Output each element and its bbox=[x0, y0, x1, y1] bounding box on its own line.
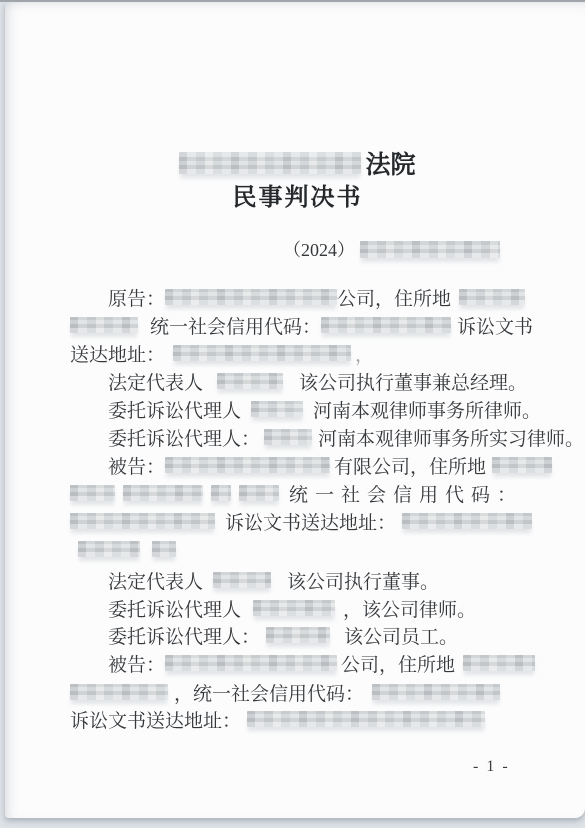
judgment-page: 法院 民事判决书 （2024） 原告：公司，住所地统一社会信用代码：诉讼文书送达… bbox=[5, 2, 585, 818]
text-run: 委托诉讼代理人 bbox=[108, 595, 241, 622]
redaction-block bbox=[247, 711, 485, 727]
redaction-block bbox=[372, 684, 500, 700]
body-line-11: 法定代表人该公司执行董事。 bbox=[70, 566, 439, 594]
spacer bbox=[203, 580, 213, 581]
spacer bbox=[165, 353, 173, 354]
redaction-block bbox=[211, 485, 231, 501]
spacer bbox=[271, 580, 287, 581]
text-run: ，统一社会信用代码： bbox=[174, 679, 364, 706]
text-run: 河南本观律师事务所律师。 bbox=[313, 396, 541, 423]
redacted-court-name bbox=[179, 152, 361, 174]
text-run: 被告： bbox=[108, 452, 165, 479]
redaction-block bbox=[152, 541, 176, 557]
redaction-block bbox=[217, 373, 283, 389]
text-run: 公司，住所地 bbox=[341, 650, 455, 677]
redaction-block bbox=[492, 457, 552, 473]
redaction-block bbox=[123, 485, 203, 501]
body-line-1: 原告：公司，住所地 bbox=[70, 283, 525, 311]
screenshot-root: { "document": { "type": "scanned civil j… bbox=[0, 0, 585, 828]
faint-text-run: ， bbox=[355, 340, 374, 367]
redacted-case-number bbox=[360, 241, 500, 258]
redaction-block bbox=[253, 600, 335, 616]
body-line-2: 统一社会信用代码：诉讼文书 bbox=[70, 311, 533, 339]
body-line-12: 委托诉讼代理人，该公司律师。 bbox=[70, 594, 476, 622]
redaction-block bbox=[266, 627, 330, 643]
body-line-14: 被告：公司，住所地 bbox=[70, 649, 535, 677]
text-run: 诉讼文书 bbox=[457, 312, 533, 339]
spacer bbox=[241, 409, 251, 410]
text-run: 法定代表人 bbox=[108, 368, 203, 395]
text-run: 公司，住所地 bbox=[337, 284, 451, 311]
redaction-block bbox=[264, 429, 312, 445]
redaction-block bbox=[70, 684, 168, 700]
redaction-block bbox=[459, 289, 525, 305]
photo-top-edge bbox=[0, 0, 585, 2]
spacer bbox=[303, 409, 313, 410]
text-run: 诉讼文书送达地址： bbox=[70, 706, 241, 733]
text-run: 统一社会信用代码： bbox=[289, 480, 523, 507]
redaction-block bbox=[321, 317, 451, 333]
page-number: - 1 - bbox=[473, 758, 510, 778]
spacer bbox=[283, 381, 299, 382]
text-run: 该公司执行董事。 bbox=[287, 567, 439, 594]
court-name-line: 法院 bbox=[5, 148, 585, 178]
text-run: 被告： bbox=[108, 650, 165, 677]
redaction-block bbox=[165, 655, 337, 671]
text-run: 原告： bbox=[108, 284, 165, 311]
body-line-3: 送达地址：， bbox=[70, 339, 374, 367]
spacer bbox=[215, 521, 225, 522]
spacer bbox=[455, 663, 463, 664]
redaction-block bbox=[165, 289, 337, 305]
text-run: 统一社会信用代码： bbox=[150, 312, 321, 339]
redaction-block bbox=[78, 541, 140, 557]
text-run: 有限公司，住所地 bbox=[334, 452, 486, 479]
text-run: 诉讼文书送达地址： bbox=[225, 508, 396, 535]
spacer bbox=[140, 549, 152, 550]
court-name-suffix: 法院 bbox=[365, 145, 415, 181]
body-line-15: ，统一社会信用代码： bbox=[70, 678, 500, 706]
body-line-13: 委托诉讼代理人：该公司员工。 bbox=[70, 621, 458, 649]
spacer bbox=[138, 325, 150, 326]
spacer bbox=[279, 493, 289, 494]
spacer bbox=[364, 692, 372, 693]
body-line-9: 诉讼文书送达地址： bbox=[70, 507, 532, 535]
text-run: 该公司执行董事兼总经理。 bbox=[299, 368, 527, 395]
body-line-16: 诉讼文书送达地址： bbox=[70, 705, 485, 733]
document-title: 民事判决书 bbox=[5, 179, 585, 209]
text-run: ，该公司律师。 bbox=[343, 595, 476, 622]
redaction-block bbox=[213, 572, 271, 588]
body-line-8: 统一社会信用代码： bbox=[70, 479, 523, 507]
case-year: （2024） bbox=[283, 236, 355, 262]
body-line-5: 委托诉讼代理人河南本观律师事务所律师。 bbox=[70, 395, 541, 423]
spacer bbox=[203, 381, 217, 382]
spacer bbox=[330, 635, 344, 636]
spacer bbox=[451, 297, 459, 298]
body-line-7: 被告：有限公司，住所地 bbox=[70, 451, 552, 479]
redaction-block bbox=[251, 401, 303, 417]
text-run: 河南本观律师事务所实习律师。 bbox=[318, 424, 584, 451]
body-line-10 bbox=[70, 535, 176, 563]
text-run: 委托诉讼代理人： bbox=[108, 424, 260, 451]
text-run: 该公司员工。 bbox=[344, 622, 458, 649]
text-run: 委托诉讼代理人： bbox=[108, 622, 260, 649]
spacer bbox=[241, 608, 253, 609]
redaction-block bbox=[165, 457, 330, 473]
spacer bbox=[335, 608, 343, 609]
redaction-block bbox=[402, 513, 532, 529]
case-number-line: （2024） bbox=[70, 236, 500, 262]
redaction-block bbox=[173, 345, 351, 361]
text-run: 法定代表人 bbox=[108, 567, 203, 594]
redaction-block bbox=[70, 513, 215, 529]
spacer bbox=[115, 493, 123, 494]
body-line-6: 委托诉讼代理人：河南本观律师事务所实习律师。 bbox=[70, 423, 584, 451]
body-line-4: 法定代表人该公司执行董事兼总经理。 bbox=[70, 367, 527, 395]
redaction-block bbox=[239, 485, 279, 501]
text-run: 送达地址： bbox=[70, 340, 165, 367]
redaction-block bbox=[70, 485, 115, 501]
redaction-block bbox=[463, 655, 535, 671]
spacer bbox=[231, 493, 239, 494]
redaction-block bbox=[70, 317, 138, 333]
spacer bbox=[203, 493, 211, 494]
text-run: 委托诉讼代理人 bbox=[108, 396, 241, 423]
